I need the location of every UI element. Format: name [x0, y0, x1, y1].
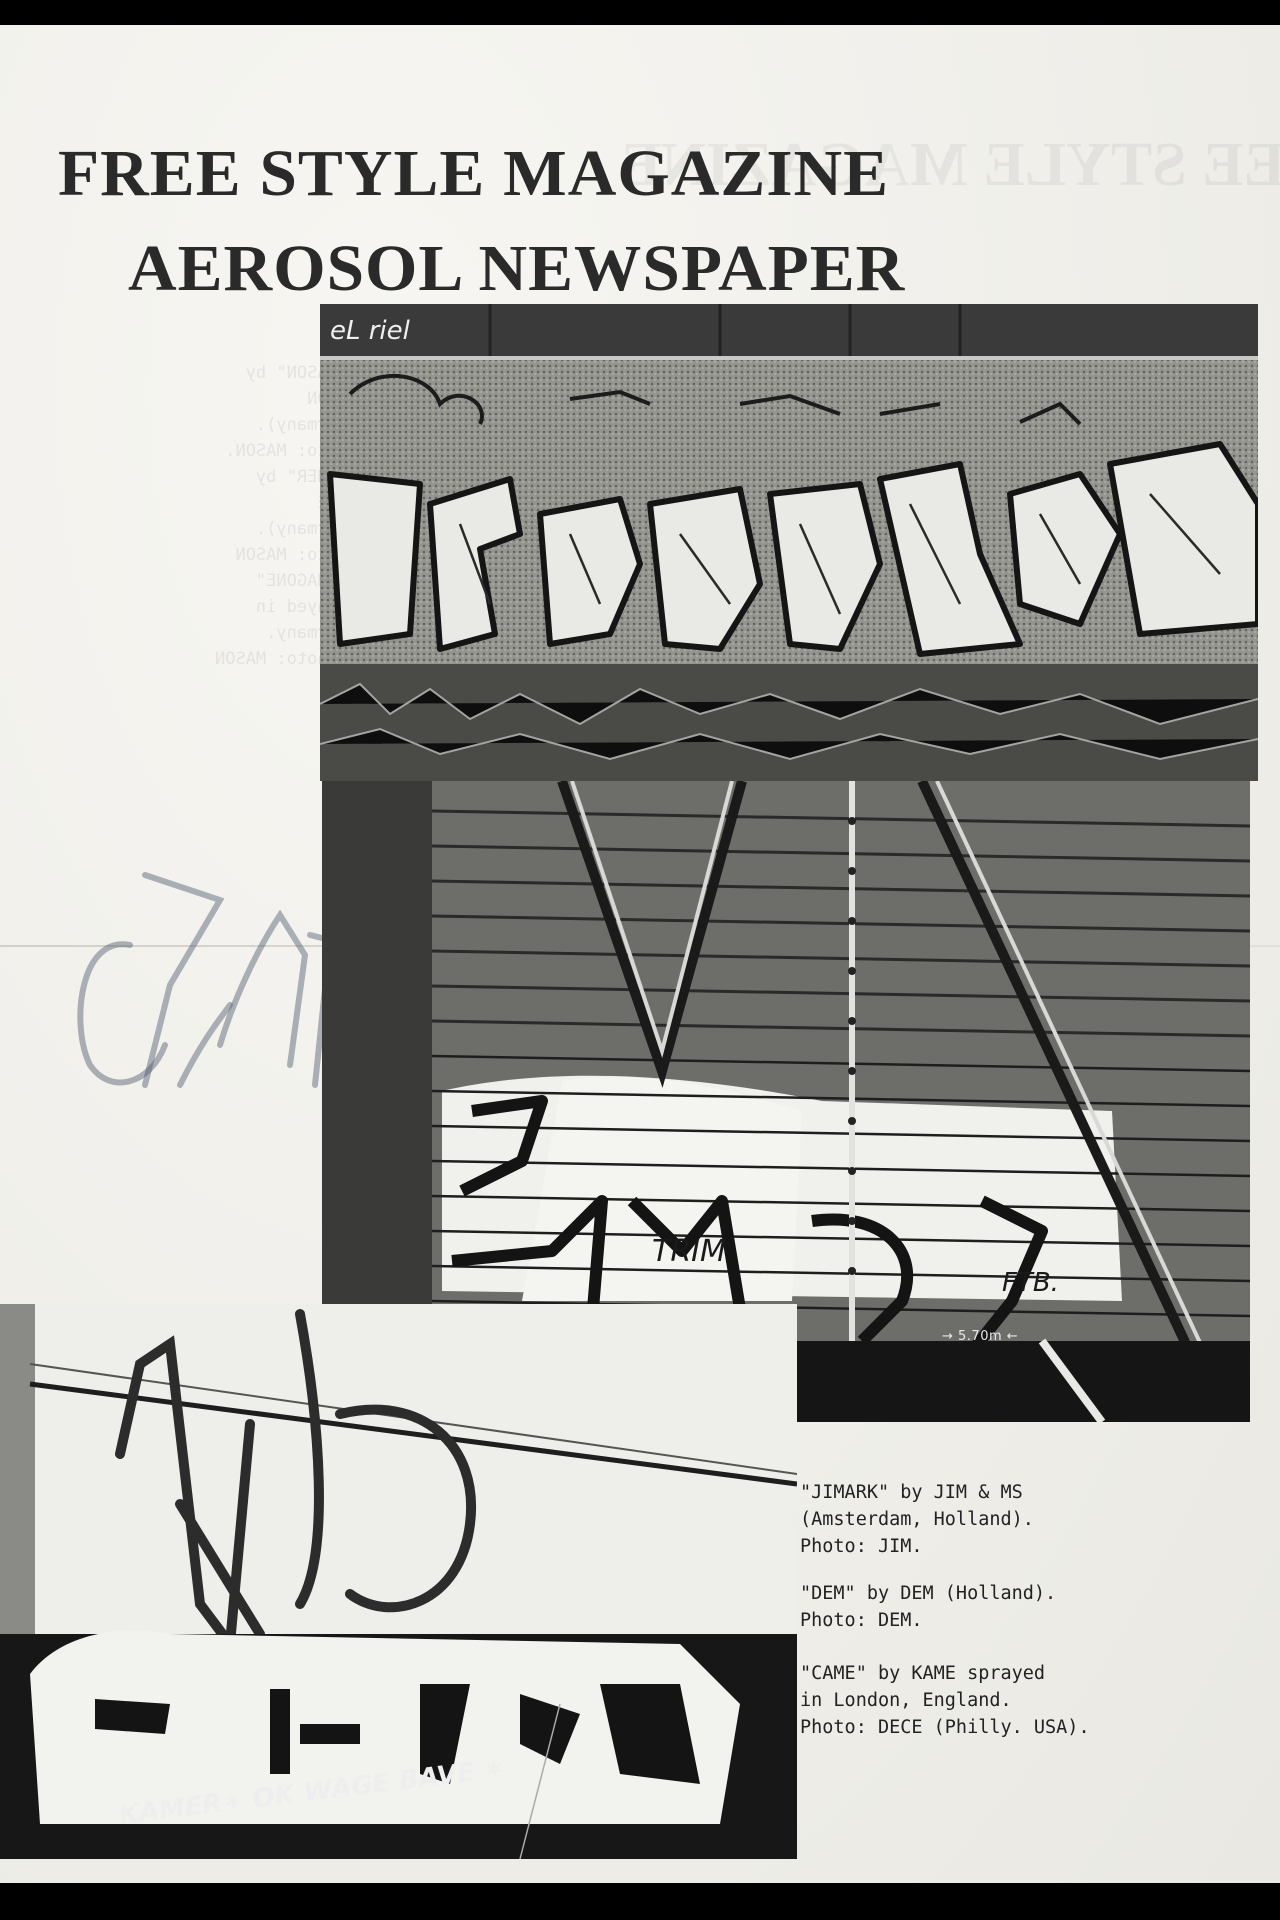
- caption-dem: "DEM" by DEM (Holland).Photo: DEM.: [800, 1580, 1056, 1634]
- distance-label: 5.70m: [958, 1329, 1002, 1344]
- caption-came: "CAME" by KAME sprayedin London, England…: [800, 1660, 1090, 1741]
- caption-line: in London, England.: [800, 1687, 1090, 1714]
- photo-came-train: KAMER✶ OK WAGE BAVE ✶: [0, 1304, 797, 1859]
- caption-line: (Amsterdam, Holland).: [800, 1506, 1034, 1533]
- masthead-title: FREE STYLE MAGAZINE: [58, 141, 889, 207]
- svg-text:eL riel: eL riel: [330, 316, 411, 346]
- caption-line: Photo: DEM.: [800, 1607, 1056, 1634]
- masthead-subtitle: AEROSOL NEWSPAPER: [128, 236, 905, 302]
- caption-line: Photo: DECE (Philly. USA).: [800, 1714, 1090, 1741]
- caption-line: Photo: JIM.: [800, 1533, 1034, 1560]
- distance-marker: → 5.70m ←: [942, 1329, 1018, 1344]
- bleed-through-marker-tag: [60, 845, 340, 1105]
- svg-text:FTB.: FTB.: [1002, 1268, 1059, 1298]
- caption-jimark: "JIMARK" by JIM & MS(Amsterdam, Holland)…: [800, 1479, 1034, 1560]
- svg-text:TRIM: TRIM: [652, 1234, 726, 1269]
- caption-line: "CAME" by KAME sprayed: [800, 1660, 1090, 1687]
- caption-line: "DEM" by DEM (Holland).: [800, 1580, 1056, 1607]
- caption-line: "JIMARK" by JIM & MS: [800, 1479, 1034, 1506]
- photo-jimark-wall: eL riel: [320, 304, 1258, 781]
